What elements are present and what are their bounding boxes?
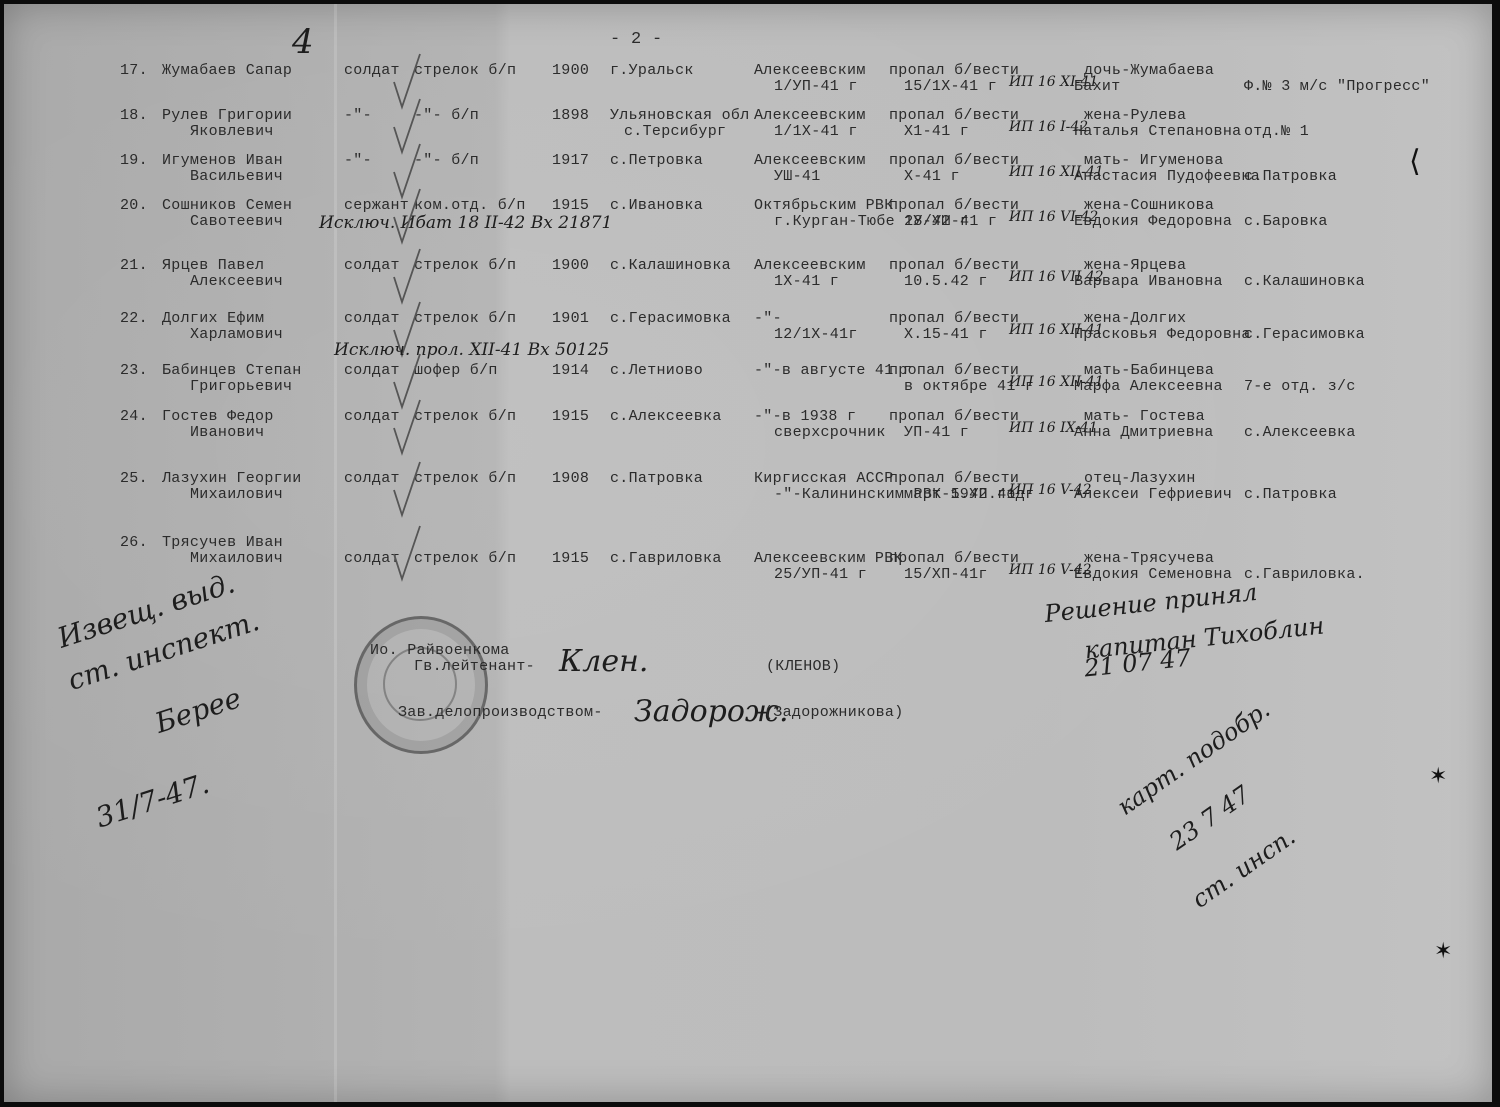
relative: жена-Долгих [1084, 310, 1186, 327]
status-date: 15/ХП-41г [904, 566, 988, 583]
status: пропал б/вести [889, 362, 1019, 379]
soldier-rank: -"- [344, 152, 372, 169]
status-date: Х1-41 г [904, 123, 969, 140]
handwritten-annotation: Исключ. прол. XII-41 Вх 50125 [334, 340, 609, 360]
signatory-name-2: (Задорожникова) [764, 704, 904, 721]
official-stamp [354, 616, 488, 754]
check-mark-icon [392, 524, 422, 584]
relative-name: Прасковья Федоровна [1074, 326, 1251, 343]
soldier-role: стрелок б/п [414, 310, 516, 327]
relative: мать- Игуменова [1084, 152, 1224, 169]
paper-tear: ⟨ [1409, 144, 1421, 179]
birth-year: 1915 [552, 550, 589, 567]
row-number: 25. [120, 470, 148, 487]
row-number: 17. [120, 62, 148, 79]
soldier-patronymic: Алексеевич [190, 273, 283, 290]
birth-year: 1898 [552, 107, 589, 124]
row-number: 21. [120, 257, 148, 274]
relative-address: с.Калашиновка [1244, 273, 1365, 290]
row-number: 23. [120, 362, 148, 379]
status: пропал б/вести [889, 257, 1019, 274]
row-number: 24. [120, 408, 148, 425]
relative-address: с.Герасимовка [1244, 326, 1365, 343]
birth-year: 1917 [552, 152, 589, 169]
row-number: 20. [120, 197, 148, 214]
relative: жена-Трясучева [1084, 550, 1214, 567]
soldier-name: Игуменов Иван [162, 152, 283, 169]
soldier-role: -"- б/п [414, 107, 479, 124]
soldier-name: Гостев Федор [162, 408, 274, 425]
birthplace: с.Ивановка [610, 197, 703, 214]
drafted-by: Алексеевским [754, 152, 866, 169]
birth-year: 1914 [552, 362, 589, 379]
birthplace: с.Гавриловка [610, 550, 722, 567]
handwritten-line: Берее [151, 681, 245, 740]
soldier-role: стрелок б/п [414, 550, 516, 567]
signature-title-2: Гв.лейтенант- [414, 658, 535, 675]
birthplace: с.Алексеевка [610, 408, 722, 425]
relative: жена-Ярцева [1084, 257, 1186, 274]
soldier-name: Рулев Григории [162, 107, 292, 124]
relative-name: Алексеи Гефриевич [1074, 486, 1232, 503]
check-mark-icon [392, 398, 422, 458]
soldier-patronymic: Иванович [190, 424, 264, 441]
handwritten-line: 31/7-47. [92, 767, 213, 835]
relative-name: Анна Дмитриевна [1074, 424, 1214, 441]
soldier-role: стрелок б/п [414, 62, 516, 79]
status-date: Х-41 г [904, 168, 960, 185]
soldier-patronymic: Яковлевич [190, 123, 274, 140]
relative-name: Евдокия Семеновна [1074, 566, 1232, 583]
soldier-role: стрелок б/п [414, 470, 516, 487]
birth-year: 1901 [552, 310, 589, 327]
status-date: март-1942 год [904, 486, 1025, 503]
drafted-date: сверхсрочник [774, 424, 886, 441]
drafted-by: -"- [754, 310, 782, 327]
row-number: 19. [120, 152, 148, 169]
drafted-by: Киргисская АССР [754, 470, 894, 487]
soldier-role: шофер б/п [414, 362, 498, 379]
soldier-patronymic: Григорьевич [190, 378, 292, 395]
relative-address: с.Алексеевка [1244, 424, 1356, 441]
page-number: - 2 - [610, 30, 663, 49]
signature-klenov: Клен. [559, 644, 648, 679]
drafted-by: Алексеевским [754, 257, 866, 274]
drafted-by: Алексеевским [754, 62, 866, 79]
handwritten-annotation: Исключ. Ибат 18 II-42 Вх 21871 [319, 213, 612, 233]
relative: жена-Сошникова [1084, 197, 1214, 214]
soldier-name: Лазухин Георгии [162, 470, 302, 487]
status: пропал б/вести [889, 107, 1019, 124]
drafted-by: Октябрьским РВК [754, 197, 894, 214]
status: пропал б/вести [889, 197, 1019, 214]
signature-title-3: Зав.делопроизводством- [398, 704, 603, 721]
relative: дочь-Жумабаева [1084, 62, 1214, 79]
row-number: 22. [120, 310, 148, 327]
status: пропал б/вести [889, 470, 1019, 487]
soldier-role: ком.отд. б/п [414, 197, 526, 214]
drafted-date: 1/1Х-41 г [774, 123, 858, 140]
soldier-name: Ярцев Павел [162, 257, 264, 274]
relative: отец-Лазухин [1084, 470, 1196, 487]
soldier-patronymic: Михаилович [190, 550, 283, 567]
handwritten-line: 23 7 47 [1164, 780, 1255, 855]
status-date: УП-41 г [904, 424, 969, 441]
check-mark-icon [392, 247, 422, 307]
relative-address: с.Патровка [1244, 486, 1337, 503]
status: пропал б/вести [889, 408, 1019, 425]
status: пропал б/вести [889, 310, 1019, 327]
drafted-by: Алексеевским РВК [754, 550, 903, 567]
drafted-date: 12/1Х-41г [774, 326, 858, 343]
soldier-name: Трясучев Иван [162, 534, 283, 551]
soldier-patronymic: Харламович [190, 326, 283, 343]
soldier-patronymic: Васильевич [190, 168, 283, 185]
birthplace: г.Уральск [610, 62, 694, 79]
drafted-date: УШ-41 [774, 168, 821, 185]
soldier-name: Жумабаев Сапар [162, 62, 292, 79]
signatory-name-1: (КЛЕНОВ) [766, 658, 840, 675]
relative-name: Марфа Алексеевна [1074, 378, 1223, 395]
status-date: 1У-42 г [904, 213, 969, 230]
drafted-by: Алексеевским [754, 107, 866, 124]
status: пропал б/вести [889, 152, 1019, 169]
status-date: Х.15-41 г [904, 326, 988, 343]
paper-tear: ✶ [1429, 764, 1447, 789]
birth-year: 1915 [552, 197, 589, 214]
soldier-patronymic: Михаилович [190, 486, 283, 503]
birthplace: с.Калашиновка [610, 257, 731, 274]
document-page: - 2 - 4 17.Жумабаев Сапарсолдатстрелок б… [4, 4, 1492, 1102]
drafted-by: -"-в 1938 г [754, 408, 856, 425]
row-number: 18. [120, 107, 148, 124]
birth-year: 1908 [552, 470, 589, 487]
relative-name: Бахит [1074, 78, 1121, 95]
check-mark-icon [392, 460, 422, 520]
drafted-date: 25/УП-41 г [774, 566, 867, 583]
relative-address: Ф.№ 3 м/с "Прогресс" [1244, 78, 1430, 95]
birthplace: с.Герасимовка [610, 310, 731, 327]
paper-tear: ✶ [1434, 939, 1452, 964]
birth-year: 1900 [552, 257, 589, 274]
signature-title-1: Ио. Райвоенкома [370, 642, 510, 659]
soldier-patronymic: Савотеевич [190, 213, 283, 230]
birthplace: с.Летниово [610, 362, 703, 379]
birth-year: 1900 [552, 62, 589, 79]
soldier-rank: -"- [344, 107, 372, 124]
status: пропал б/вести [889, 62, 1019, 79]
relative: мать-Бабинцева [1084, 362, 1214, 379]
soldier-role: стрелок б/п [414, 257, 516, 274]
status-date: 10.5.42 г [904, 273, 988, 290]
birthplace: с.Петровка [610, 152, 703, 169]
relative-name: Евдокия Федоровна [1074, 213, 1232, 230]
relative: мать- Гостева [1084, 408, 1205, 425]
relative-address: с.Патровка [1244, 168, 1337, 185]
soldier-role: стрелок б/п [414, 408, 516, 425]
birthplace: с.Патровка [610, 470, 703, 487]
relative-name: Варвара Ивановна [1074, 273, 1223, 290]
soldier-name: Долгих Ефим [162, 310, 264, 327]
birthplace-line2: с.Терсибург [624, 123, 726, 140]
status-date: 15/1Х-41 г [904, 78, 997, 95]
corner-mark: 4 [292, 22, 314, 62]
relative-address: с.Гавриловка. [1244, 566, 1365, 583]
relative-address: 7-е отд. з/с [1244, 378, 1356, 395]
relative-name: Наталья Степановна [1074, 123, 1241, 140]
relative: жена-Рулева [1084, 107, 1186, 124]
fold-line [334, 4, 337, 1102]
row-number: 26. [120, 534, 148, 551]
relative-address: с.Баровка [1244, 213, 1328, 230]
status: пропал б/вести [889, 550, 1019, 567]
birth-year: 1915 [552, 408, 589, 425]
soldier-role: -"- б/п [414, 152, 479, 169]
birthplace: Ульяновская обл [610, 107, 750, 124]
soldier-name: Сошников Семен [162, 197, 292, 214]
check-mark-icon [392, 187, 422, 247]
relative-name: Анастасия Пудофеевна [1074, 168, 1260, 185]
relative-address: отд.№ 1 [1244, 123, 1309, 140]
soldier-name: Бабинцев Степан [162, 362, 302, 379]
drafted-date: 1/УП-41 г [774, 78, 858, 95]
drafted-date: 1Х-41 г [774, 273, 839, 290]
